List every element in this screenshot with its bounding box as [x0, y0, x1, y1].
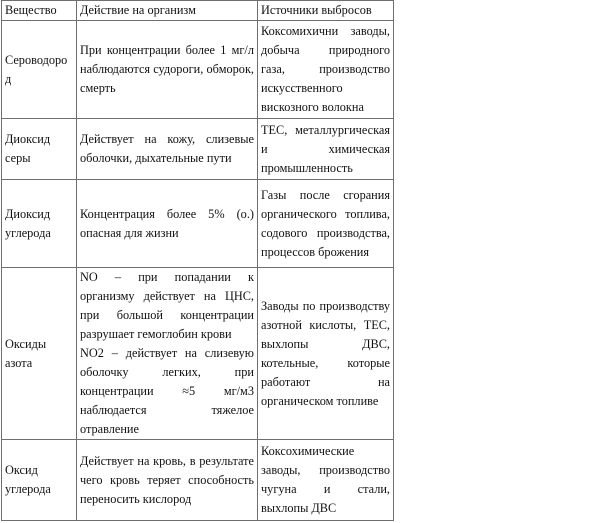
- substance-cell: Диоксид углерода: [2, 180, 77, 268]
- sources-cell: Заводы по производству азотной кислоты, …: [258, 268, 394, 440]
- effect-cell: При концентрации более 1 мг/л наблюдаютс…: [77, 21, 258, 119]
- effect-no-paragraph: NO – при попадании к организму действует…: [80, 268, 254, 344]
- effect-cell: Действует на кожу, слизевые оболочки, ды…: [77, 119, 258, 180]
- header-sources: Источники выбросов: [258, 1, 394, 21]
- effect-no2-paragraph: NO2 – действует на слизевую оболочку лег…: [80, 344, 254, 439]
- table-row: Диоксид серы Действует на кожу, слизевые…: [2, 119, 394, 180]
- sources-cell: Коксомихични заводы, добыча природного г…: [258, 21, 394, 119]
- pollutants-table: Вещество Действие на организм Источники …: [1, 0, 394, 521]
- table-row: Оксид углерода Действует на кровь, в рез…: [2, 440, 394, 521]
- table-header-row: Вещество Действие на организм Источники …: [2, 1, 394, 21]
- substance-cell: Оксиды азота: [2, 268, 77, 440]
- effect-cell: NO – при попадании к организму действует…: [77, 268, 258, 440]
- header-substance: Вещество: [2, 1, 77, 21]
- table-row: Диоксид углерода Концентрация более 5% (…: [2, 180, 394, 268]
- substance-cell: Сероводород: [2, 21, 77, 119]
- table-row: Оксиды азота NO – при попадании к органи…: [2, 268, 394, 440]
- effect-cell: Действует на кровь, в результате чего кр…: [77, 440, 258, 521]
- sources-cell: ТЕС, металлургическая и химическая промы…: [258, 119, 394, 180]
- header-effect: Действие на организм: [77, 1, 258, 21]
- substance-cell: Оксид углерода: [2, 440, 77, 521]
- substance-cell: Диоксид серы: [2, 119, 77, 180]
- sources-cell: Газы после сгорания органического топлив…: [258, 180, 394, 268]
- sources-cell: Коксохимические заводы, производство чуг…: [258, 440, 394, 521]
- table-row: Сероводород При концентрации более 1 мг/…: [2, 21, 394, 119]
- effect-cell: Концентрация более 5% (о.) опасная для ж…: [77, 180, 258, 268]
